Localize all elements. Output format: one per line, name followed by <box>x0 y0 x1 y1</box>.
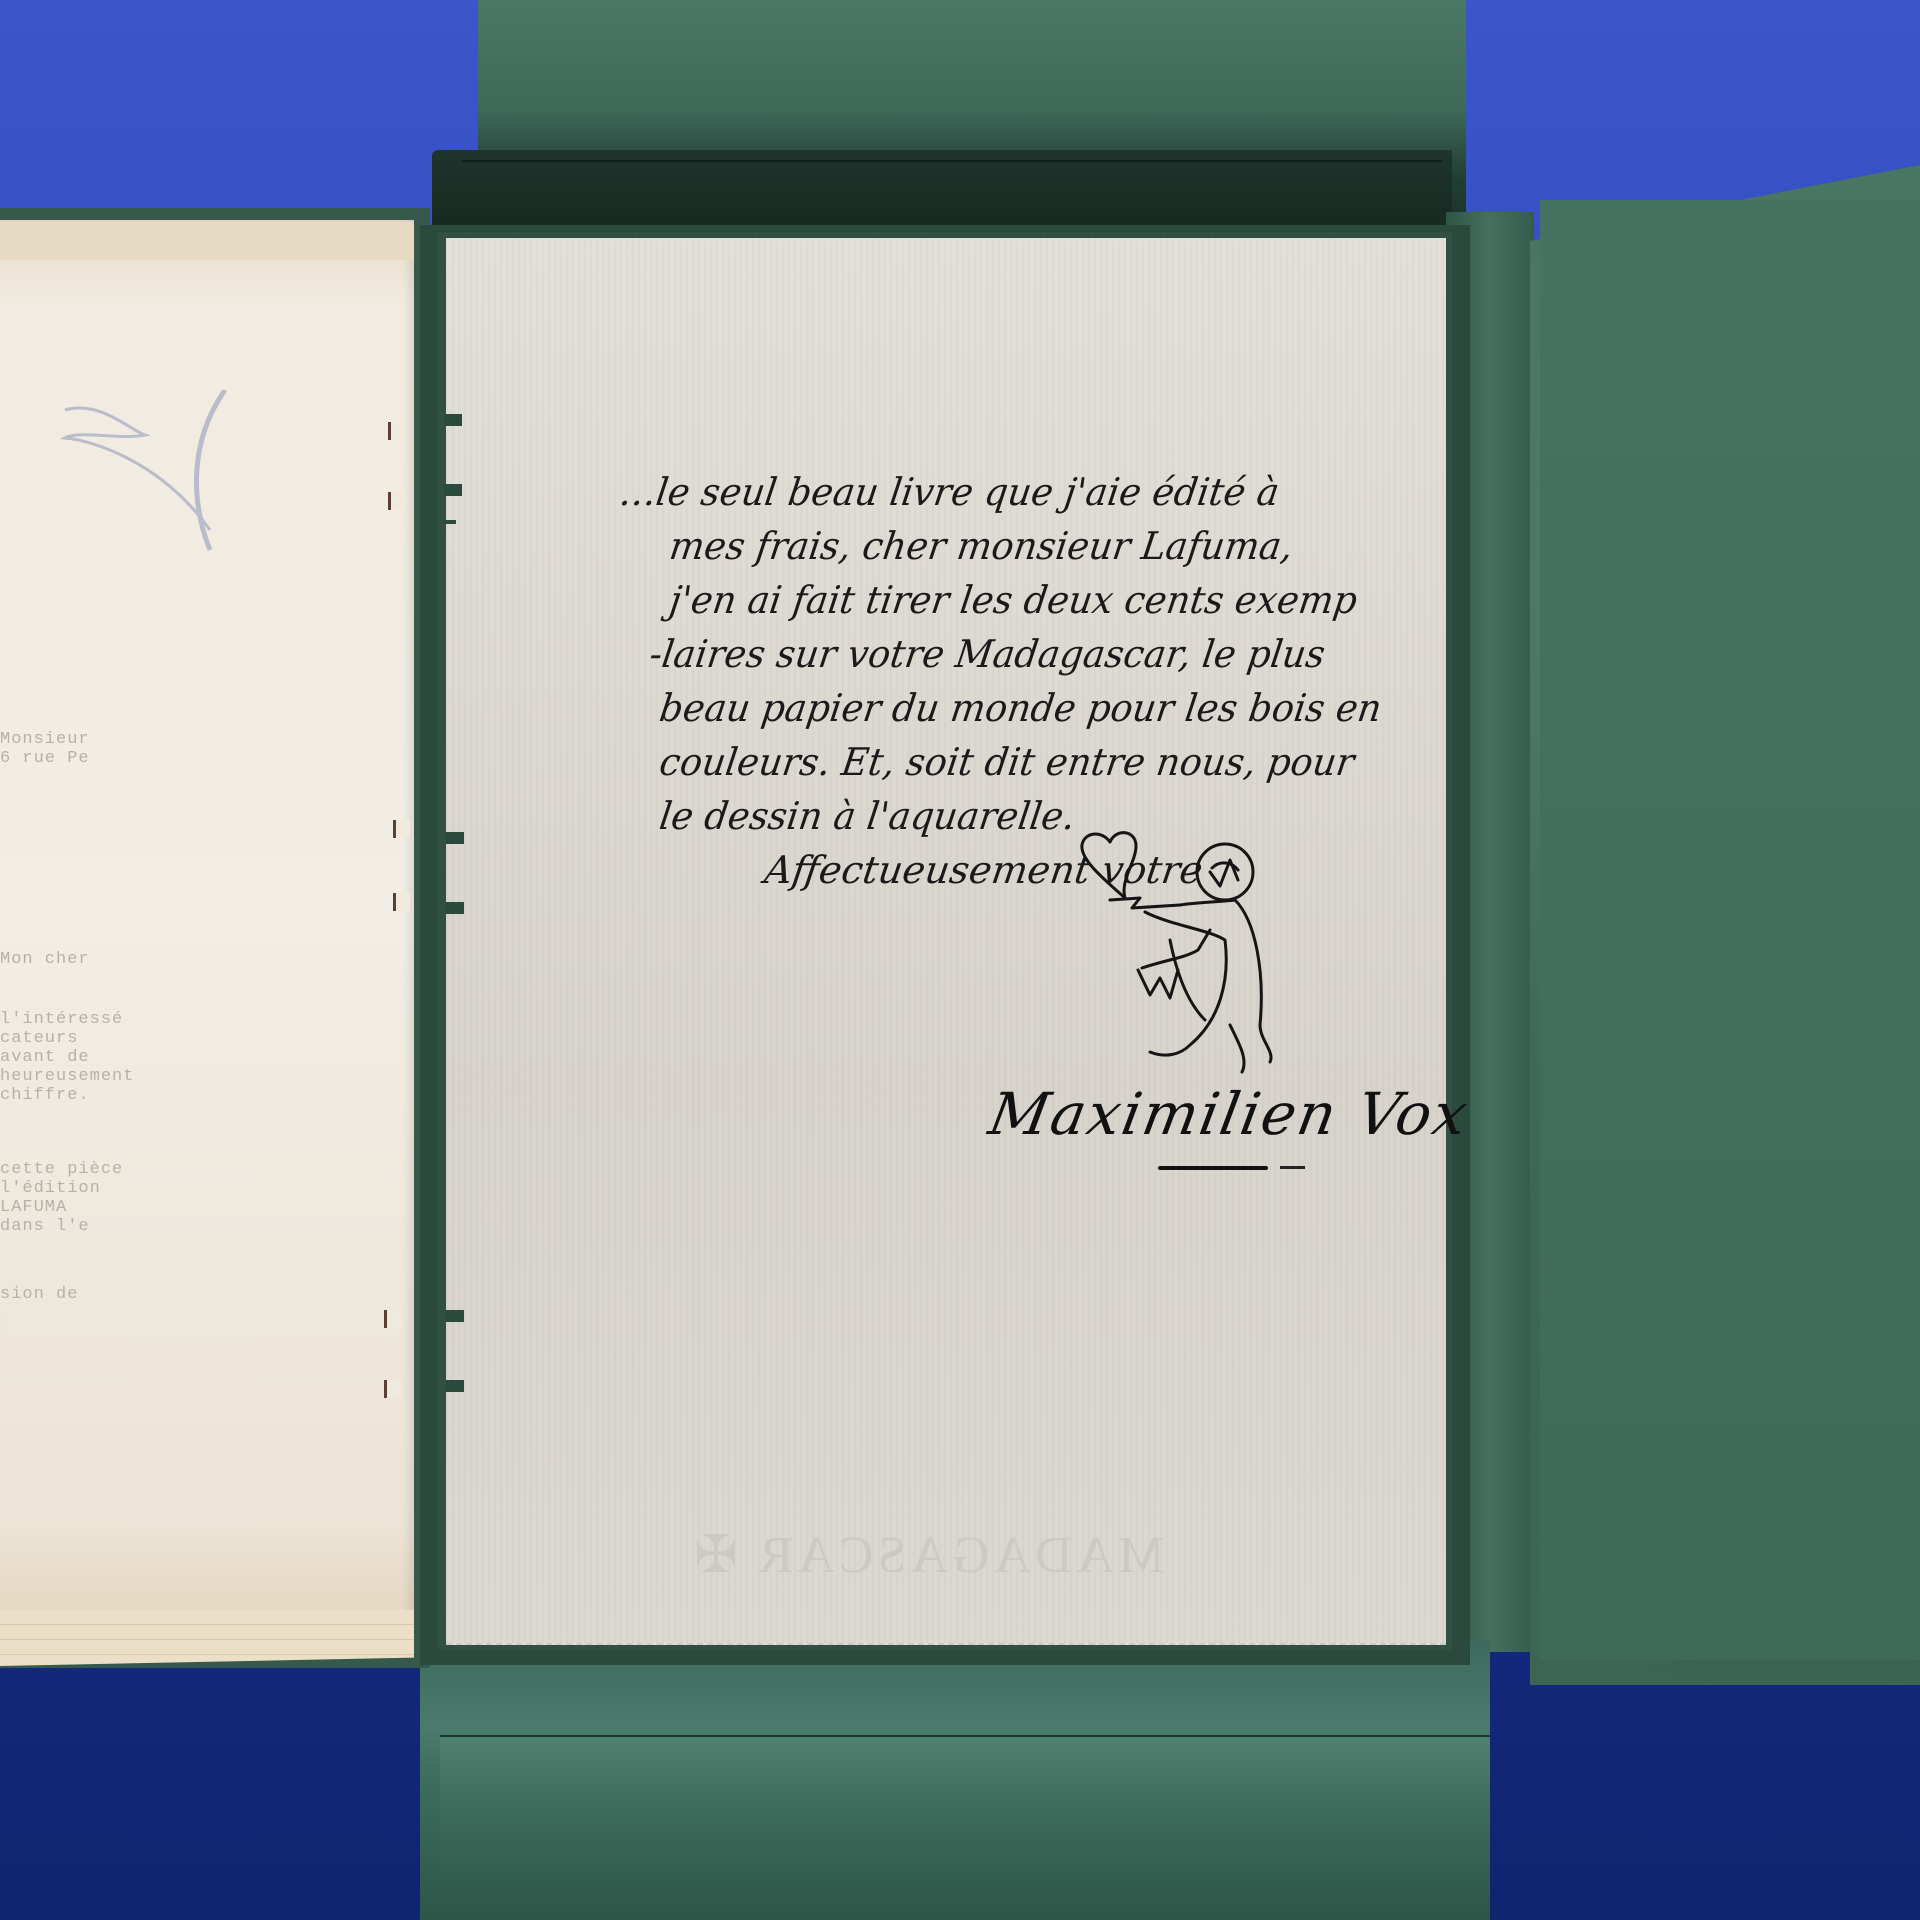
left-book-page-stack <box>0 1610 414 1666</box>
fold-crease <box>440 1735 1490 1737</box>
typed-line: LAFUMA <box>0 1198 123 1217</box>
binding-stitch <box>388 492 405 510</box>
punch-hole <box>444 414 462 426</box>
heart-figure-drawing-icon <box>1070 830 1300 1080</box>
handwritten-letter: …le seul beau livre que j'aie édité à me… <box>620 465 1440 897</box>
signature-underline <box>1158 1166 1268 1170</box>
typed-line: cateurs <box>0 1029 134 1048</box>
typed-line: l'intéressé <box>0 1010 134 1029</box>
letter-line: beau papier du monde pour les bois en <box>656 681 1412 735</box>
letter-line: j'en ai fait tirer les deux cents exemp <box>666 573 1413 627</box>
left-typed-block-5: sion de <box>0 1285 78 1304</box>
signature-underline-dash <box>1280 1166 1305 1169</box>
binding-stitch <box>393 893 410 911</box>
typed-line: heureusement <box>0 1067 134 1086</box>
ghost-monogram-icon <box>60 390 240 560</box>
binding-stitch <box>384 1380 401 1398</box>
binding-stitch <box>384 1310 401 1328</box>
typed-line: chiffre. <box>0 1086 134 1105</box>
typed-line: 6 rue Pe <box>0 749 90 768</box>
ghost-print-text: MADAGASCAR ✠ <box>690 1525 1164 1585</box>
signature: Maximilien Vox <box>984 1080 1474 1148</box>
typed-line: dans l'e <box>0 1217 123 1236</box>
typed-line: l'édition <box>0 1179 123 1198</box>
punch-hole <box>444 520 456 524</box>
binding-stitch <box>393 820 410 838</box>
typed-line: cette pièce <box>0 1160 123 1179</box>
punch-hole <box>446 1310 464 1322</box>
typed-line: Mon cher <box>0 950 90 969</box>
typed-line: sion de <box>0 1285 78 1304</box>
typed-line: avant de <box>0 1048 134 1067</box>
left-typed-block-2: Mon cher <box>0 950 90 969</box>
left-typed-block-1: Monsieur 6 rue Pe <box>0 730 90 768</box>
punch-hole <box>446 902 464 914</box>
letter-line: mes frais, cher monsieur Lafuma, <box>666 519 1413 573</box>
left-typed-block-3: l'intéressé cateurs avant de heureusemen… <box>0 1010 134 1105</box>
binding-stitch <box>388 422 405 440</box>
portfolio-bottom-flap-panel <box>440 1735 1490 1920</box>
left-typed-block-4: cette pièce l'édition LAFUMA dans l'e <box>0 1160 123 1236</box>
punch-hole <box>446 832 464 844</box>
typed-line: Monsieur <box>0 730 90 749</box>
left-book-page-edge <box>0 222 414 260</box>
punch-hole <box>446 1380 464 1392</box>
punch-hole <box>444 484 462 496</box>
portfolio-right-cover-panel <box>1540 200 1920 1660</box>
letter-line: couleurs. Et, soit dit entre nous, pour <box>656 735 1412 789</box>
letter-line: -laires sur votre Madagascar, le plus <box>646 627 1412 681</box>
fold-crease <box>462 160 1442 162</box>
letter-line: …le seul beau livre que j'aie édité à <box>616 465 1411 519</box>
